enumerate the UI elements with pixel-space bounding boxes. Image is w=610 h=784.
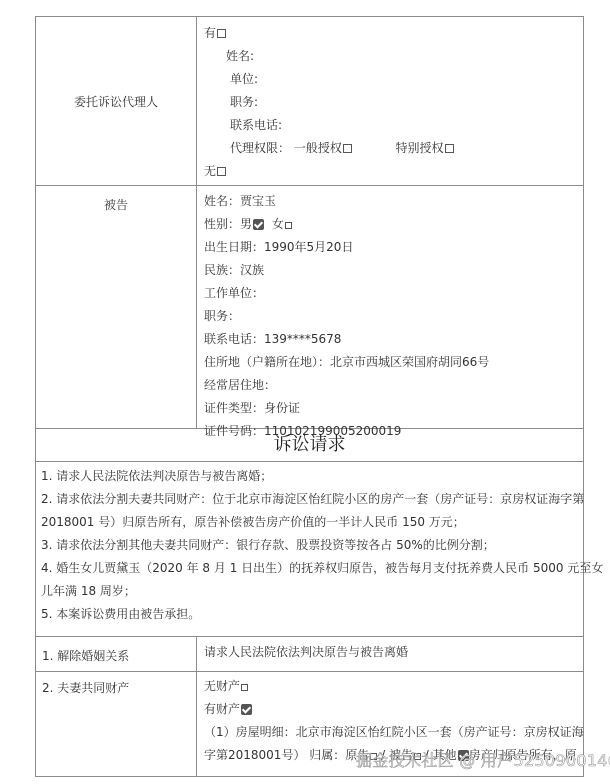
general-authority-label: 一般授权 (294, 141, 342, 155)
claim-item: 4. 婚生女儿贾黛玉（2020 年 8 月 1 日出生）的抚养权归原告，被告每月… (41, 557, 583, 580)
defendant-id-number: 证件号码：110102199005200019 (204, 420, 583, 443)
defendant-ethnicity: 民族：汉族 (204, 259, 583, 282)
female-checkbox[interactable] (285, 222, 292, 229)
male-checkbox-checked[interactable] (253, 219, 264, 230)
agent-name-field: 姓名: (226, 49, 254, 63)
agent-none-label: 无 (204, 164, 216, 178)
has-property-label: 有财产 (204, 702, 240, 716)
gender-label: 性别： (204, 217, 240, 231)
agent-label: 委托诉讼代理人 (74, 93, 158, 110)
general-authority-checkbox[interactable] (343, 144, 352, 153)
agent-has-checkbox[interactable] (217, 29, 226, 38)
property-detail-line1: （1）房屋明细：北京市海淀区怡红院小区一套（房产证号：京房权证海 (204, 721, 584, 744)
agent-position-field: 职务: (230, 95, 258, 109)
special-authority-label: 特别授权 (396, 141, 444, 155)
divorce-value-cell: 请求人民法院依法判决原告与被告离婚 (197, 637, 583, 671)
defendant-domicile: 住所地（户籍所在地）：北京市西城区荣国府胡同66号 (204, 351, 583, 374)
male-label: 男 (240, 217, 252, 231)
authority-label: 代理权限： (230, 141, 290, 155)
defendant-label: 被告 (104, 196, 128, 428)
property-label: 2. 夫妻共同财产 (42, 681, 129, 695)
female-label: 女 (272, 217, 284, 231)
divorce-label-cell: 1. 解除婚姻关系 (36, 637, 197, 671)
property-label-cell: 2. 夫妻共同财产 (36, 672, 197, 776)
claim-item: 儿年满 18 周岁； (41, 580, 583, 603)
claim-item: 1. 请求人民法院依法判决原告与被告离婚； (41, 465, 583, 488)
claim-item: 2018001 号）归原告所有，原告补偿被告房产价值的一半计人民币 150 万元… (41, 511, 583, 534)
claim-item: 5. 本案诉讼费用由被告承担。 (41, 603, 583, 626)
complaint-form-table: 委托诉讼代理人 有 姓名: 单位: 职务: 联系电话: 代理权限： 一般授权 特… (35, 16, 584, 777)
agent-phone-field: 联系电话: (230, 118, 282, 132)
divorce-value: 请求人民法院依法判决原告与被告离婚 (204, 645, 408, 659)
defendant-label-cell: 被告 (36, 186, 197, 428)
no-property-label: 无财产 (204, 679, 240, 693)
watermark: 掘金技术社区 @ 用户525090014618 (356, 748, 610, 771)
agent-content-cell: 有 姓名: 单位: 职务: 联系电话: 代理权限： 一般授权 特别授权 无 (197, 17, 583, 185)
agent-label-cell: 委托诉讼代理人 (36, 17, 197, 185)
property-detail-owner: 字第2018001号） 归属：原告 (204, 748, 369, 762)
agent-has-label: 有 (204, 26, 216, 40)
defendant-content-cell: 姓名：贾宝玉 性别：男 女 出生日期：1990年5月20日 民族：汉族 工作单位… (197, 186, 583, 428)
defendant-id-type: 证件类型：身份证 (204, 397, 583, 420)
divorce-row: 1. 解除婚姻关系 请求人民法院依法判决原告与被告离婚 (36, 637, 583, 672)
defendant-row: 被告 姓名：贾宝玉 性别：男 女 出生日期：1990年5月20日 民族：汉族 工… (36, 186, 583, 429)
defendant-name: 姓名：贾宝玉 (204, 190, 583, 213)
has-property-checkbox-checked[interactable] (241, 704, 252, 715)
agent-row: 委托诉讼代理人 有 姓名: 单位: 职务: 联系电话: 代理权限： 一般授权 特… (36, 17, 583, 186)
claim-item: 2. 请求依法分割夫妻共同财产：位于北京市海淀区怡红院小区的房产一套（房产证号：… (41, 488, 583, 511)
claims-list: 1. 请求人民法院依法判决原告与被告离婚； 2. 请求依法分割夫妻共同财产：位于… (36, 462, 583, 637)
agent-none-checkbox[interactable] (217, 167, 226, 176)
defendant-residence: 经常居住地： (204, 374, 583, 397)
defendant-birth: 出生日期：1990年5月20日 (204, 236, 583, 259)
defendant-phone: 联系电话：139****5678 (204, 328, 583, 351)
claim-item: 3. 请求依法分割其他夫妻共同财产：银行存款、股票投资等按各占 50%的比例分割… (41, 534, 583, 557)
special-authority-checkbox[interactable] (445, 144, 454, 153)
defendant-position: 职务： (204, 305, 583, 328)
defendant-employer: 工作单位： (204, 282, 583, 305)
agent-unit-field: 单位: (230, 72, 258, 86)
no-property-checkbox[interactable] (241, 684, 248, 691)
divorce-label: 1. 解除婚姻关系 (42, 649, 129, 663)
